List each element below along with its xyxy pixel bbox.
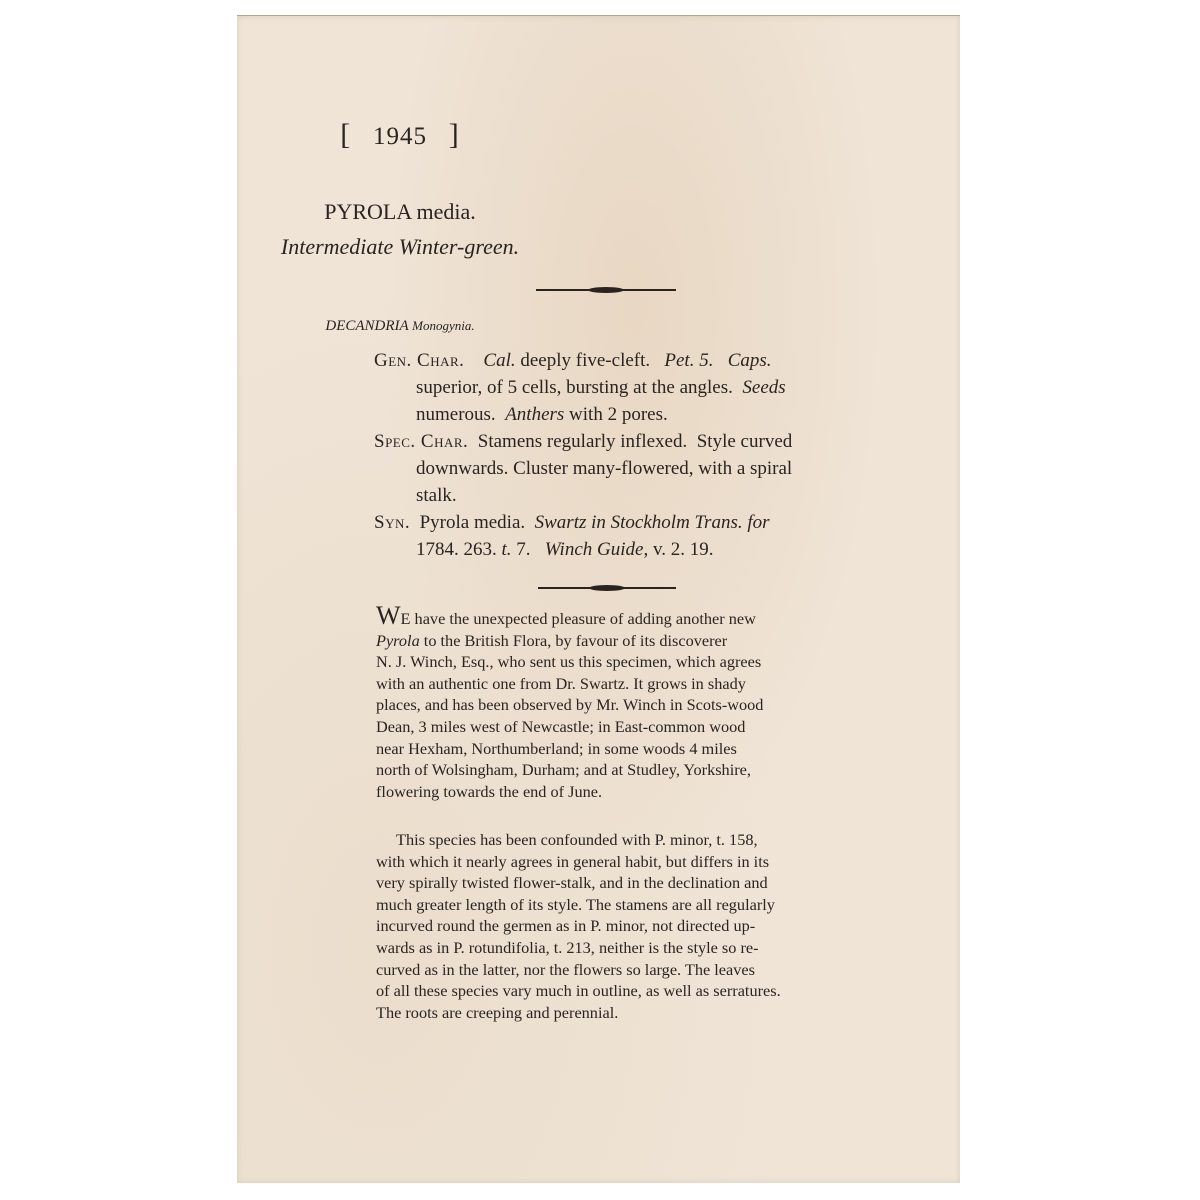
text: E have the unexpected pleasure of adding… xyxy=(401,609,756,628)
syn-label: Syn. xyxy=(374,512,410,533)
paragraph-line: with an authentic one from Dr. Swartz. I… xyxy=(376,673,841,695)
italic-term: Seeds xyxy=(742,377,785,398)
text xyxy=(713,350,727,371)
italic-term: Pet. 5. xyxy=(664,350,713,371)
text: to the British Flora, by favour of its d… xyxy=(420,631,727,650)
italic-term: Caps. xyxy=(728,350,772,371)
text: numerous. xyxy=(416,404,505,425)
paragraph-line: curved as in the latter, nor the flowers… xyxy=(376,959,841,981)
page-number-value: 1945 xyxy=(373,123,427,150)
spec-char-label: Spec. Char. xyxy=(374,431,468,452)
paragraph-line: incurved round the germen as in P. minor… xyxy=(376,915,841,937)
paragraph-1: WE have the unexpected pleasure of addin… xyxy=(376,605,841,802)
paragraph-line: WE have the unexpected pleasure of addin… xyxy=(376,605,841,630)
text: deeply five-cleft. xyxy=(516,350,665,371)
classification: DECANDRIA Monogynia. xyxy=(0,318,800,335)
gen-char-line-2: superior, of 5 cells, bursting at the an… xyxy=(416,374,786,401)
paragraph-line: very spirally twisted flower-stalk, and … xyxy=(376,872,841,894)
paragraph-2: This species has been confounded with P.… xyxy=(376,829,841,1023)
italic-term: t. xyxy=(502,539,512,560)
italic-term: Pyrola xyxy=(376,631,420,650)
syn-line-1: Syn. Pyrola media. Swartz in Stockholm T… xyxy=(374,509,770,536)
bracket-right: ] xyxy=(449,118,460,151)
spec-char-line-2: downwards. Cluster many-flowered, with a… xyxy=(416,455,792,482)
text: with 2 pores. xyxy=(564,404,667,425)
italic-term: Cal. xyxy=(483,350,515,371)
class-name: DECANDRIA xyxy=(325,318,408,334)
page-title: PYROLA media. xyxy=(0,199,800,225)
drop-cap: W xyxy=(376,601,401,630)
paragraph-line: This species has been confounded with P.… xyxy=(376,829,841,851)
gen-char-line-3: numerous. Anthers with 2 pores. xyxy=(416,401,668,428)
paragraph-line: north of Wolsingham, Durham; and at Stud… xyxy=(376,759,841,781)
text: Pyrola media. xyxy=(420,512,535,533)
paragraph-line: The roots are creeping and perennial. xyxy=(376,1002,841,1024)
italic-citation: Swartz in Stockholm Trans. for xyxy=(535,512,770,533)
paragraph-line: flowering towards the end of June. xyxy=(376,781,841,803)
paragraph-line: of all these species vary much in outlin… xyxy=(376,980,841,1002)
order-name: Monogynia. xyxy=(412,318,474,333)
text: 1784. 263. xyxy=(416,539,502,560)
text: Stamens regularly inflexed. Style curved xyxy=(478,431,792,452)
paragraph-line: N. J. Winch, Esq., who sent us this spec… xyxy=(376,651,841,673)
genus-name: PYROLA xyxy=(324,199,411,224)
spec-char-line-1: Spec. Char. Stamens regularly inflexed. … xyxy=(374,428,792,455)
text: , v. 2. 19. xyxy=(643,539,713,560)
paragraph-line: much greater length of its style. The st… xyxy=(376,894,841,916)
paragraph-line: near Hexham, Northumberland; in some woo… xyxy=(376,738,841,760)
gen-char-line-1: Gen. Char. Cal. deeply five-cleft. Pet. … xyxy=(374,347,772,374)
common-name: Intermediate Winter-green. xyxy=(0,234,800,260)
paragraph-line: with which it nearly agrees in general h… xyxy=(376,851,841,873)
page-number: [ 1945 ] xyxy=(0,118,800,152)
italic-citation: Winch Guide xyxy=(545,539,644,560)
paragraph-line: places, and has been observed by Mr. Win… xyxy=(376,694,841,716)
paragraph-line: wards as in P. rotundifolia, t. 213, nei… xyxy=(376,937,841,959)
gen-char-label: Gen. Char. xyxy=(374,350,464,371)
paragraph-line: Pyrola to the British Flora, by favour o… xyxy=(376,630,841,652)
divider-rule xyxy=(536,289,676,291)
text: superior, of 5 cells, bursting at the an… xyxy=(416,377,742,398)
text: 7. xyxy=(512,539,545,560)
divider-rule xyxy=(538,587,676,589)
bracket-left: [ xyxy=(340,118,351,151)
italic-term: Anthers xyxy=(505,404,564,425)
species-name: media. xyxy=(417,199,476,224)
spec-char-line-3: stalk. xyxy=(416,482,457,509)
syn-line-2: 1784. 263. t. 7. Winch Guide, v. 2. 19. xyxy=(416,536,714,563)
paragraph-line: Dean, 3 miles west of Newcastle; in East… xyxy=(376,716,841,738)
